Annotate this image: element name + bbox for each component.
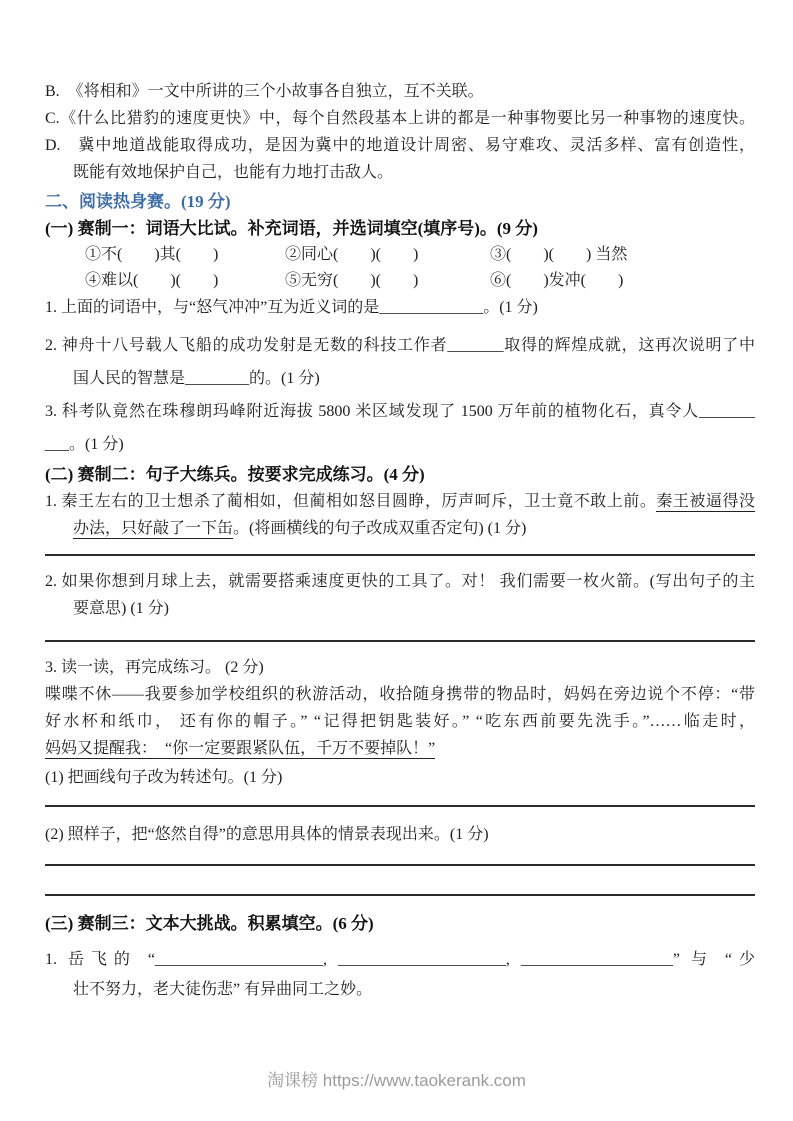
- part-1-heading: (一) 赛制一：词语大比试。补充词语，并选词填空(填序号)。(9 分): [45, 215, 755, 242]
- footer-credit: 淘课榜 https://www.taokerank.com: [0, 1066, 793, 1091]
- answer-line: [45, 805, 755, 807]
- word-item-4: ④难以( )( ): [85, 268, 285, 294]
- word-item-2: ②同心( )( ): [285, 242, 490, 268]
- part2-q1-instruction: 。(将画横线的句子改成双重否定句) (1 分): [233, 520, 526, 537]
- word-row-2: ④难以( )( ) ⑤无穷( )( ) ⑥( )发冲( ): [45, 268, 755, 294]
- word-item-3: ③( )( ) 当然: [490, 242, 755, 268]
- part2-q3-passage-line3: 妈妈又提醒我： “你一定要跟紧队伍，千万不要掉队！”: [45, 735, 755, 762]
- part2-q3-passage-line1: 喋喋不休——我要参加学校组织的秋游活动，收拾随身携带的物品时，妈妈在旁边说个不停…: [45, 681, 755, 708]
- part1-question-3-line2: ___。(1 分): [45, 428, 755, 461]
- part2-q1-text: 1. 秦王左右的卫士想杀了蔺相如，但蔺相如怒目圆睁，厉声呵斥，卫士竟不敢上前。: [45, 493, 656, 510]
- part2-q1-underlined-start: 秦王被逼得没: [656, 493, 755, 512]
- word-item-1: ①不( )其( ): [85, 242, 285, 268]
- part2-q3-sub1: (1) 把画线句子改为转述句。(1 分): [45, 764, 755, 791]
- part-2-heading: (二) 赛制二：句子大练兵。按要求完成练习。(4 分): [45, 461, 755, 488]
- part2-question-2-line2: 要意思) (1 分): [45, 595, 755, 622]
- part2-question-3-heading: 3. 读一读，再完成练习。 (2 分): [45, 654, 755, 681]
- exam-content: B. 《将相和》一文中所讲的三个小故事各自独立，互不关联。 C.《什么比猎豹的速…: [45, 78, 755, 1005]
- word-row-1: ①不( )其( ) ②同心( )( ) ③( )( ) 当然: [45, 242, 755, 268]
- answer-line: [45, 864, 755, 866]
- section-2-heading: 二、阅读热身赛。(19 分): [45, 188, 755, 215]
- option-b: B. 《将相和》一文中所讲的三个小故事各自独立，互不关联。: [45, 78, 755, 105]
- word-item-6: ⑥( )发冲( ): [490, 268, 755, 294]
- option-c: C.《什么比猎豹的速度更快》中，每个自然段基本上讲的都是一种事物要比另一种事物的…: [45, 105, 755, 132]
- exam-page: B. 《将相和》一文中所讲的三个小故事各自独立，互不关联。 C.《什么比猎豹的速…: [0, 0, 793, 1121]
- part3-question-1-line2: 壮不努力，老大徒伤悲” 有异曲同工之妙。: [45, 975, 755, 1005]
- part2-question-2-line1: 2. 如果你想到月球上去，就需要搭乘速度更快的工具了。对！ 我们需要一枚火箭。(…: [45, 568, 755, 595]
- word-item-5: ⑤无穷( )( ): [285, 268, 490, 294]
- part1-question-2-line1: 2. 神舟十八号载人飞船的成功发射是无数的科技工作者_______取得的辉煌成就…: [45, 329, 755, 362]
- answer-line: [45, 894, 755, 896]
- part-3-heading: (三) 赛制三：文本大挑战。积累填空。(6 分): [45, 910, 755, 937]
- answer-line: [45, 640, 755, 642]
- part1-question-1: 1. 上面的词语中，与“怒气冲冲”互为近义词的是_____________。(1…: [45, 294, 755, 321]
- part1-question-2-line2: 国人民的智慧是________的。(1 分): [45, 362, 755, 395]
- option-d-line2: 既能有效地保护自己，也能有力地打击敌人。: [45, 159, 755, 186]
- part1-question-3-line1: 3. 科考队竟然在珠穆朗玛峰附近海拔 5800 米区域发现了 1500 万年前的…: [45, 395, 755, 428]
- part2-q3-passage-line2: 好水杯和纸巾， 还有你的帽子。” “记得把钥匙装好。” “吃东西前要先洗手。”……: [45, 708, 755, 735]
- part2-question-1-line1: 1. 秦王左右的卫士想杀了蔺相如，但蔺相如怒目圆睁，厉声呵斥，卫士竟不敢上前。秦…: [45, 488, 755, 515]
- answer-line: [45, 554, 755, 556]
- part2-q3-sub2: (2) 照样子，把“悠然自得”的意思用具体的情景表现出来。(1 分): [45, 821, 755, 848]
- part2-q3-underlined-sentence: 妈妈又提醒我： “你一定要跟紧队伍，千万不要掉队！”: [45, 740, 435, 759]
- option-d-line1: D. 冀中地道战能取得成功，是因为冀中的地道设计周密、易守难攻、灵活多样、富有创…: [45, 132, 755, 159]
- part2-question-1-line2: 办法，只好敲了一下缶。(将画横线的句子改成双重否定句) (1 分): [45, 515, 755, 542]
- part3-question-1-line1: 1. 岳飞的 “_____________________, _________…: [45, 945, 755, 975]
- part2-q1-underlined-end: 办法，只好敲了一下缶: [73, 520, 233, 539]
